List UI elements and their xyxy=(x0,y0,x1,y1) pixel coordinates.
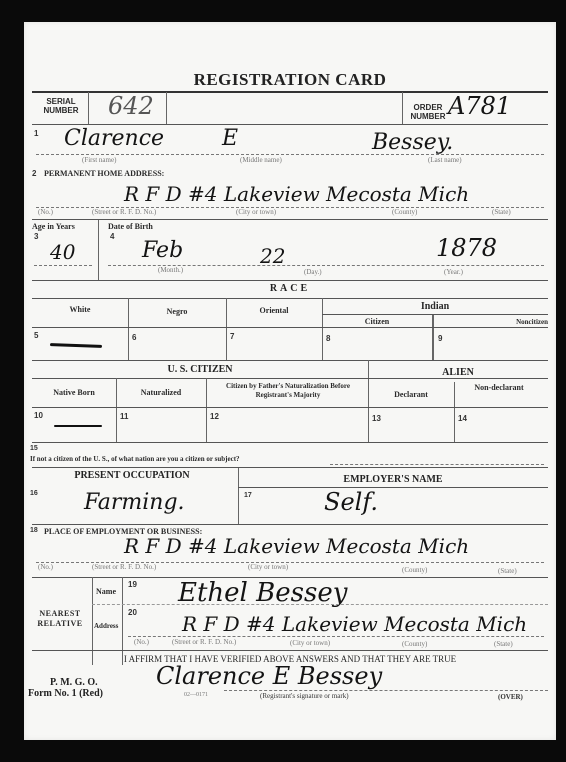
father-naturalization-label: Citizen by Father's Naturalization Befor… xyxy=(218,382,358,400)
divider xyxy=(322,314,548,315)
caption: (County) xyxy=(402,640,427,648)
field-number: 13 xyxy=(372,414,381,423)
us-citizen-heading: U. S. CITIZEN xyxy=(32,364,368,375)
caption: (State) xyxy=(498,567,517,575)
relative-address-label: Address xyxy=(94,622,118,630)
caption: (No.) xyxy=(38,208,53,216)
employer-value: Self. xyxy=(324,488,378,516)
caption: (City or town) xyxy=(290,639,330,647)
caption: (County) xyxy=(402,566,427,574)
middle-name-value: E xyxy=(222,126,238,151)
field-number: 5 xyxy=(34,331,38,340)
dob-label: Date of Birth xyxy=(108,222,153,231)
divider xyxy=(32,650,548,651)
field-number: 1 xyxy=(34,129,38,138)
form-number-label: Form No. 1 (Red) xyxy=(28,688,103,699)
nation-question: If not a citizen of the U. S., of what n… xyxy=(30,455,240,463)
field-number: 11 xyxy=(120,412,128,421)
occupation-value: Farming. xyxy=(84,490,185,515)
caption: (No.) xyxy=(38,563,53,571)
form-code: 02—0171 xyxy=(184,692,208,698)
divider xyxy=(454,382,455,442)
field-number: 17 xyxy=(244,492,252,499)
naturalized-label: Naturalized xyxy=(116,388,206,397)
relative-address-value: R F D #4 Lakeview Mecosta Mich xyxy=(182,612,527,636)
race-heading: RACE xyxy=(24,283,556,294)
card-title: REGISTRATION CARD xyxy=(24,70,556,90)
field-number: 6 xyxy=(132,333,136,342)
employer-heading: EMPLOYER'S NAME xyxy=(238,474,548,485)
divider xyxy=(402,92,403,124)
fill-line xyxy=(330,464,544,465)
divider xyxy=(368,360,369,442)
divider xyxy=(32,407,548,408)
native-born-mark xyxy=(54,425,102,427)
field-number: 3 xyxy=(34,232,38,241)
divider xyxy=(206,378,207,442)
non-declarant-label: Non-declarant xyxy=(464,383,534,392)
caption: (No.) xyxy=(134,638,149,646)
caption: (First name) xyxy=(82,156,116,164)
serial-label: SERIALNUMBER xyxy=(36,97,86,115)
home-address-label: PERMANENT HOME ADDRESS: xyxy=(44,169,164,178)
divider xyxy=(32,360,548,361)
caption: (City or town) xyxy=(236,208,276,216)
divider xyxy=(32,442,548,443)
field-number: 9 xyxy=(438,334,442,343)
fill-line xyxy=(34,265,92,266)
field-number: 19 xyxy=(128,580,137,589)
alien-heading: ALIEN xyxy=(368,367,548,378)
indian-noncitizen-label: Noncitizen xyxy=(432,318,548,326)
caption: (Last name) xyxy=(428,156,462,164)
field-number: 16 xyxy=(30,490,38,497)
caption: (City or town) xyxy=(248,563,288,571)
age-label: Age in Years xyxy=(32,222,75,231)
last-name-value: Bessey. xyxy=(372,130,453,155)
field-number: 20 xyxy=(128,608,137,617)
caption: (Street or R. F. D. No.) xyxy=(92,563,156,571)
employment-place-value: R F D #4 Lakeview Mecosta Mich xyxy=(124,534,469,558)
field-number: 12 xyxy=(210,412,219,421)
divider xyxy=(238,487,548,488)
caption: (Day.) xyxy=(304,268,322,276)
race-white-label: White xyxy=(32,305,128,314)
registration-card: REGISTRATION CARD SERIALNUMBER 642 ORDER… xyxy=(24,22,556,740)
field-number: 15 xyxy=(30,445,38,452)
divider xyxy=(88,92,89,124)
caption: (County) xyxy=(392,208,417,216)
field-number: 10 xyxy=(34,411,43,420)
field-number: 7 xyxy=(230,332,234,341)
order-number-value: A781 xyxy=(448,92,511,120)
caption: (Middle name) xyxy=(240,156,282,164)
race-white-mark xyxy=(50,343,102,348)
race-indian-label: Indian xyxy=(322,301,548,312)
caption: (Month.) xyxy=(158,266,183,274)
fill-line xyxy=(36,154,544,155)
divider xyxy=(98,220,99,280)
home-address-value: R F D #4 Lakeview Mecosta Mich xyxy=(124,182,469,206)
first-name-value: Clarence xyxy=(64,126,164,151)
age-value: 40 xyxy=(50,240,75,264)
field-number: 18 xyxy=(30,527,38,534)
signature-caption: (Registrant's signature or mark) xyxy=(260,692,349,700)
divider xyxy=(32,524,548,525)
field-number: 4 xyxy=(110,232,114,241)
divider xyxy=(32,124,548,125)
relative-name-label: Name xyxy=(96,587,116,596)
race-negro-label: Negro xyxy=(128,307,226,316)
birth-year-value: 1878 xyxy=(436,234,497,262)
caption: (State) xyxy=(494,640,513,648)
pmgo-label: P. M. G. O. xyxy=(50,677,98,688)
serial-number-value: 642 xyxy=(108,92,154,120)
fill-line xyxy=(128,636,544,637)
divider xyxy=(92,577,93,665)
indian-citizen-label: Citizen xyxy=(322,317,432,326)
occupation-heading: PRESENT OCCUPATION xyxy=(32,470,232,481)
registrant-signature: Clarence E Bessey xyxy=(156,662,382,690)
divider xyxy=(32,298,548,299)
divider xyxy=(92,604,548,605)
fill-line xyxy=(224,690,548,691)
divider xyxy=(32,327,548,328)
order-label: ORDERNUMBER xyxy=(404,103,452,121)
native-born-label: Native Born xyxy=(32,388,116,397)
divider xyxy=(32,467,548,468)
caption: (Street or R. F. D. No.) xyxy=(172,638,236,646)
divider xyxy=(32,280,548,281)
over-note: (OVER) xyxy=(498,693,523,701)
divider xyxy=(166,92,167,124)
divider xyxy=(32,219,548,220)
declarant-label: Declarant xyxy=(368,390,454,399)
caption: (State) xyxy=(492,208,511,216)
caption: (Year.) xyxy=(444,268,463,276)
divider xyxy=(32,378,548,379)
nearest-relative-label: NEAREST RELATIVE xyxy=(30,609,90,629)
divider xyxy=(122,577,123,665)
divider xyxy=(238,468,239,524)
field-number: 8 xyxy=(326,334,330,343)
birth-month-value: Feb xyxy=(142,238,183,263)
field-number: 2 xyxy=(32,169,36,178)
caption: (Street or R. F. D. No.) xyxy=(92,208,156,216)
field-number: 14 xyxy=(458,414,467,423)
race-oriental-label: Oriental xyxy=(226,306,322,315)
